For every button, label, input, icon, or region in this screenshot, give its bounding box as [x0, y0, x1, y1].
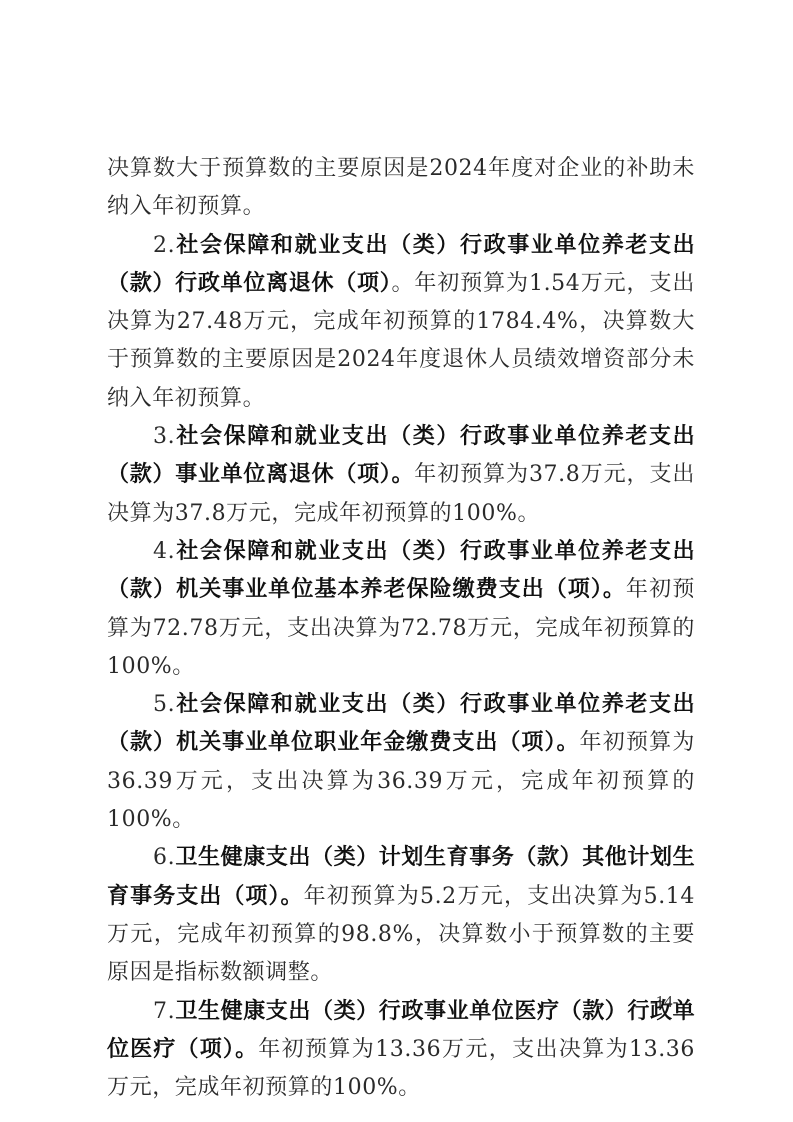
paragraph-item-7: 7.卫生健康支出（类）行政事业单位医疗（款）行政单位医疗（项）。年初预算为13.… — [107, 993, 695, 1108]
page-number: -14- — [650, 992, 678, 1012]
paragraph-item-2: 2.社会保障和就业支出（类）行政事业单位养老支出（款）行政单位离退休（项）。年初… — [107, 227, 695, 418]
document-page: 决算数大于预算数的主要原因是2024年度对企业的补助未纳入年初预算。 2.社会保… — [107, 150, 695, 1107]
item-number: 3. — [153, 424, 175, 449]
paragraph-item-5: 5.社会保障和就业支出（类）行政事业单位养老支出（款）机关事业单位职业年金缴费支… — [107, 686, 695, 839]
item-number: 4. — [153, 539, 175, 564]
item-number: 7. — [153, 999, 175, 1024]
paragraph-item-6: 6.卫生健康支出（类）计划生育事务（款）其他计划生育事务支出（项）。年初预算为5… — [107, 839, 695, 992]
paragraph-body: 决算数大于预算数的主要原因是2024年度对企业的补助未纳入年初预算。 — [107, 156, 695, 219]
paragraph-1-continuation: 决算数大于预算数的主要原因是2024年度对企业的补助未纳入年初预算。 — [107, 150, 695, 227]
paragraph-item-3: 3.社会保障和就业支出（类）行政事业单位养老支出（款）事业单位离退休（项）。年初… — [107, 418, 695, 533]
item-number: 5. — [153, 692, 175, 717]
item-number: 2. — [153, 233, 175, 258]
item-heading: 社会保障和就业支出（类）行政事业单位养老支出（款）机关事业单位基本养老保险缴费支… — [107, 539, 695, 602]
item-number: 6. — [153, 845, 175, 870]
paragraph-item-4: 4.社会保障和就业支出（类）行政事业单位养老支出（款）机关事业单位基本养老保险缴… — [107, 533, 695, 686]
